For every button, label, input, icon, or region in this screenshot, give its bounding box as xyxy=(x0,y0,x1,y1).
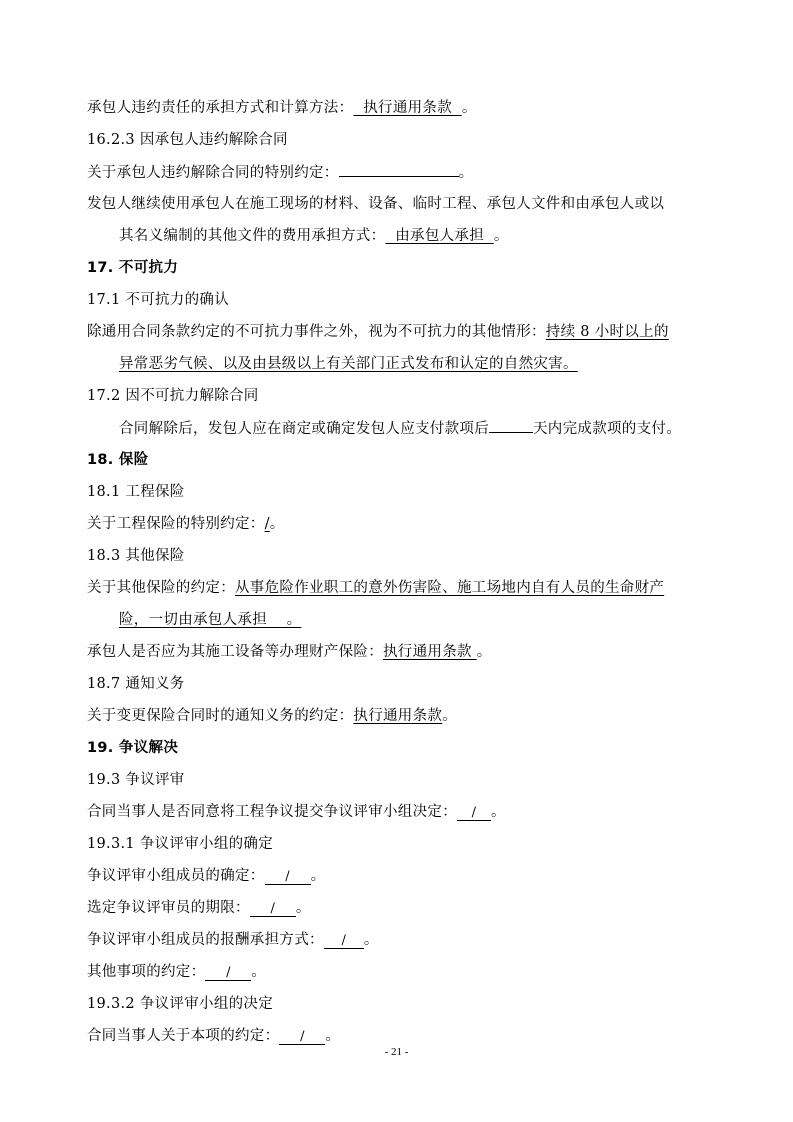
filled-value: 险，一切由承包人承担 。 xyxy=(119,612,301,628)
section-18-1: 18.1 工程保险 xyxy=(87,482,185,502)
period: 。 xyxy=(442,708,457,724)
section-17-2: 17.2 因不可抗力解除合同 xyxy=(87,386,259,406)
period: 。 xyxy=(296,900,311,916)
clause-label: 合同当事人关于本项的约定： xyxy=(87,1028,279,1044)
period: 。 xyxy=(477,644,492,660)
section-19-3-2: 19.3.2 争议评审小组的决定 xyxy=(87,994,273,1014)
period: 。 xyxy=(311,868,326,884)
clause-label: 关于变更保险合同时的通知义务的约定： xyxy=(87,708,353,724)
clause-remuneration: 争议评审小组成员的报酬承担方式：/。 xyxy=(87,930,379,950)
clause-label: 选定争议评审员的期限： xyxy=(87,900,250,916)
clause-label: 合同解除后，发包人应在商定或确定发包人应支付款项后 xyxy=(119,421,489,437)
clause-payment-days: 合同解除后，发包人应在商定或确定发包人应支付款项后天内完成款项的支付。 xyxy=(119,418,681,439)
filled-value: 执行通用条款 xyxy=(353,708,442,724)
clause-other-insurance-continued: 险，一切由承包人承担 。 xyxy=(119,610,301,630)
section-18-3: 18.3 其他保险 xyxy=(87,546,185,566)
period: 。 xyxy=(251,964,266,980)
section-19-3-1: 19.3.1 争议评审小组的确定 xyxy=(87,834,273,854)
blank-field: / xyxy=(250,902,296,917)
period: 。 xyxy=(270,516,285,532)
clause-continued-use: 发包人继续使用承包人在施工现场的材料、设备、临时工程、承包人文件和由承包人或以 xyxy=(87,194,664,214)
clause-party-agreement: 合同当事人关于本项的约定：/。 xyxy=(87,1026,340,1046)
blank-field xyxy=(339,162,459,177)
period: 。 xyxy=(459,165,474,181)
blank-field: / xyxy=(279,1030,325,1045)
blank-field xyxy=(489,418,533,433)
clause-force-majeure-other: 除通用合同条款约定的不可抗力事件之外，视为不可抗力的其他情形：持续 8 小时以上… xyxy=(87,322,669,342)
blank-field: / xyxy=(457,806,491,821)
clause-label: 争议评审小组成员的报酬承担方式： xyxy=(87,932,324,948)
clause-panel-member: 争议评审小组成员的确定：/。 xyxy=(87,866,325,886)
clause-label: 承包人是否应为其施工设备等办理财产保险： xyxy=(87,644,383,660)
section-16-2-3: 16.2.3 因承包人违约解除合同 xyxy=(87,130,288,150)
heading-18: 18. 保险 xyxy=(87,450,149,470)
clause-breach-liability: 承包人违约责任的承担方式和计算方法： 执行通用条款 。 xyxy=(87,98,477,118)
document-page: 承包人违约责任的承担方式和计算方法： 执行通用条款 。 16.2.3 因承包人违… xyxy=(0,0,793,1122)
clause-label: 其名义编制的其他文件的费用承担方式： xyxy=(119,228,385,244)
clause-other-insurance: 关于其他保险的约定：从事危险作业职工的意外伤害险、施工场地内自有人员的生命财产 xyxy=(87,578,664,598)
filled-value: 异常恶劣气候、以及由县级以上有关部门正式发布和认定的自然灾害。 xyxy=(119,356,578,372)
filled-value: 从事危险作业职工的意外伤害险、施工场地内自有人员的生命财产 xyxy=(235,580,664,596)
period: 。 xyxy=(325,1028,340,1044)
clause-equipment-insurance: 承包人是否应为其施工设备等办理财产保险：执行通用条款 。 xyxy=(87,642,492,662)
clause-notification-duty: 关于变更保险合同时的通知义务的约定：执行通用条款。 xyxy=(87,706,457,726)
clause-label: 其他事项的约定： xyxy=(87,964,205,980)
clause-label: 承包人违约责任的承担方式和计算方法： xyxy=(87,100,353,116)
blank-field: / xyxy=(265,870,311,885)
clause-engineering-insurance: 关于工程保险的特别约定：/。 xyxy=(87,514,285,534)
clause-label: 关于承包人违约解除合同的特别约定： xyxy=(87,165,339,181)
clause-selection-period: 选定争议评审员的期限：/。 xyxy=(87,898,311,918)
period: 。 xyxy=(462,100,477,116)
filled-value: 持续 8 小时以上的 xyxy=(546,324,669,340)
period: 。 xyxy=(491,804,506,820)
section-19-3: 19.3 争议评审 xyxy=(87,770,185,790)
filled-value: 执行通用条款 xyxy=(383,644,477,660)
clause-dispute-submit: 合同当事人是否同意将工程争议提交争议评审小组决定：/。 xyxy=(87,802,506,822)
clause-other-matters: 其他事项的约定：/。 xyxy=(87,962,266,982)
heading-17: 17. 不可抗力 xyxy=(87,258,178,278)
clause-label: 关于其他保险的约定： xyxy=(87,580,235,596)
clause-force-majeure-continued: 异常恶劣气候、以及由县级以上有关部门正式发布和认定的自然灾害。 xyxy=(119,354,578,374)
filled-value: 由承包人承担 xyxy=(385,228,493,244)
clause-label: 关于工程保险的特别约定： xyxy=(87,516,265,532)
clause-termination-special: 关于承包人违约解除合同的特别约定：。 xyxy=(87,162,473,183)
blank-field: / xyxy=(205,966,251,981)
clause-suffix: 天内完成款项的支付。 xyxy=(533,421,681,437)
clause-label: 争议评审小组成员的确定： xyxy=(87,868,265,884)
clause-cost-bearing: 其名义编制的其他文件的费用承担方式： 由承包人承担 。 xyxy=(119,226,509,246)
heading-19: 19. 争议解决 xyxy=(87,738,178,758)
section-18-7: 18.7 通知义务 xyxy=(87,674,185,694)
section-17-1: 17.1 不可抗力的确认 xyxy=(87,290,229,310)
clause-label: 合同当事人是否同意将工程争议提交争议评审小组决定： xyxy=(87,804,457,820)
blank-field: / xyxy=(324,934,364,949)
period: 。 xyxy=(494,228,509,244)
filled-value: 执行通用条款 xyxy=(353,100,461,116)
clause-label: 除通用合同条款约定的不可抗力事件之外，视为不可抗力的其他情形： xyxy=(87,324,546,340)
page-number: - 21 - xyxy=(0,1046,793,1058)
period: 。 xyxy=(364,932,379,948)
